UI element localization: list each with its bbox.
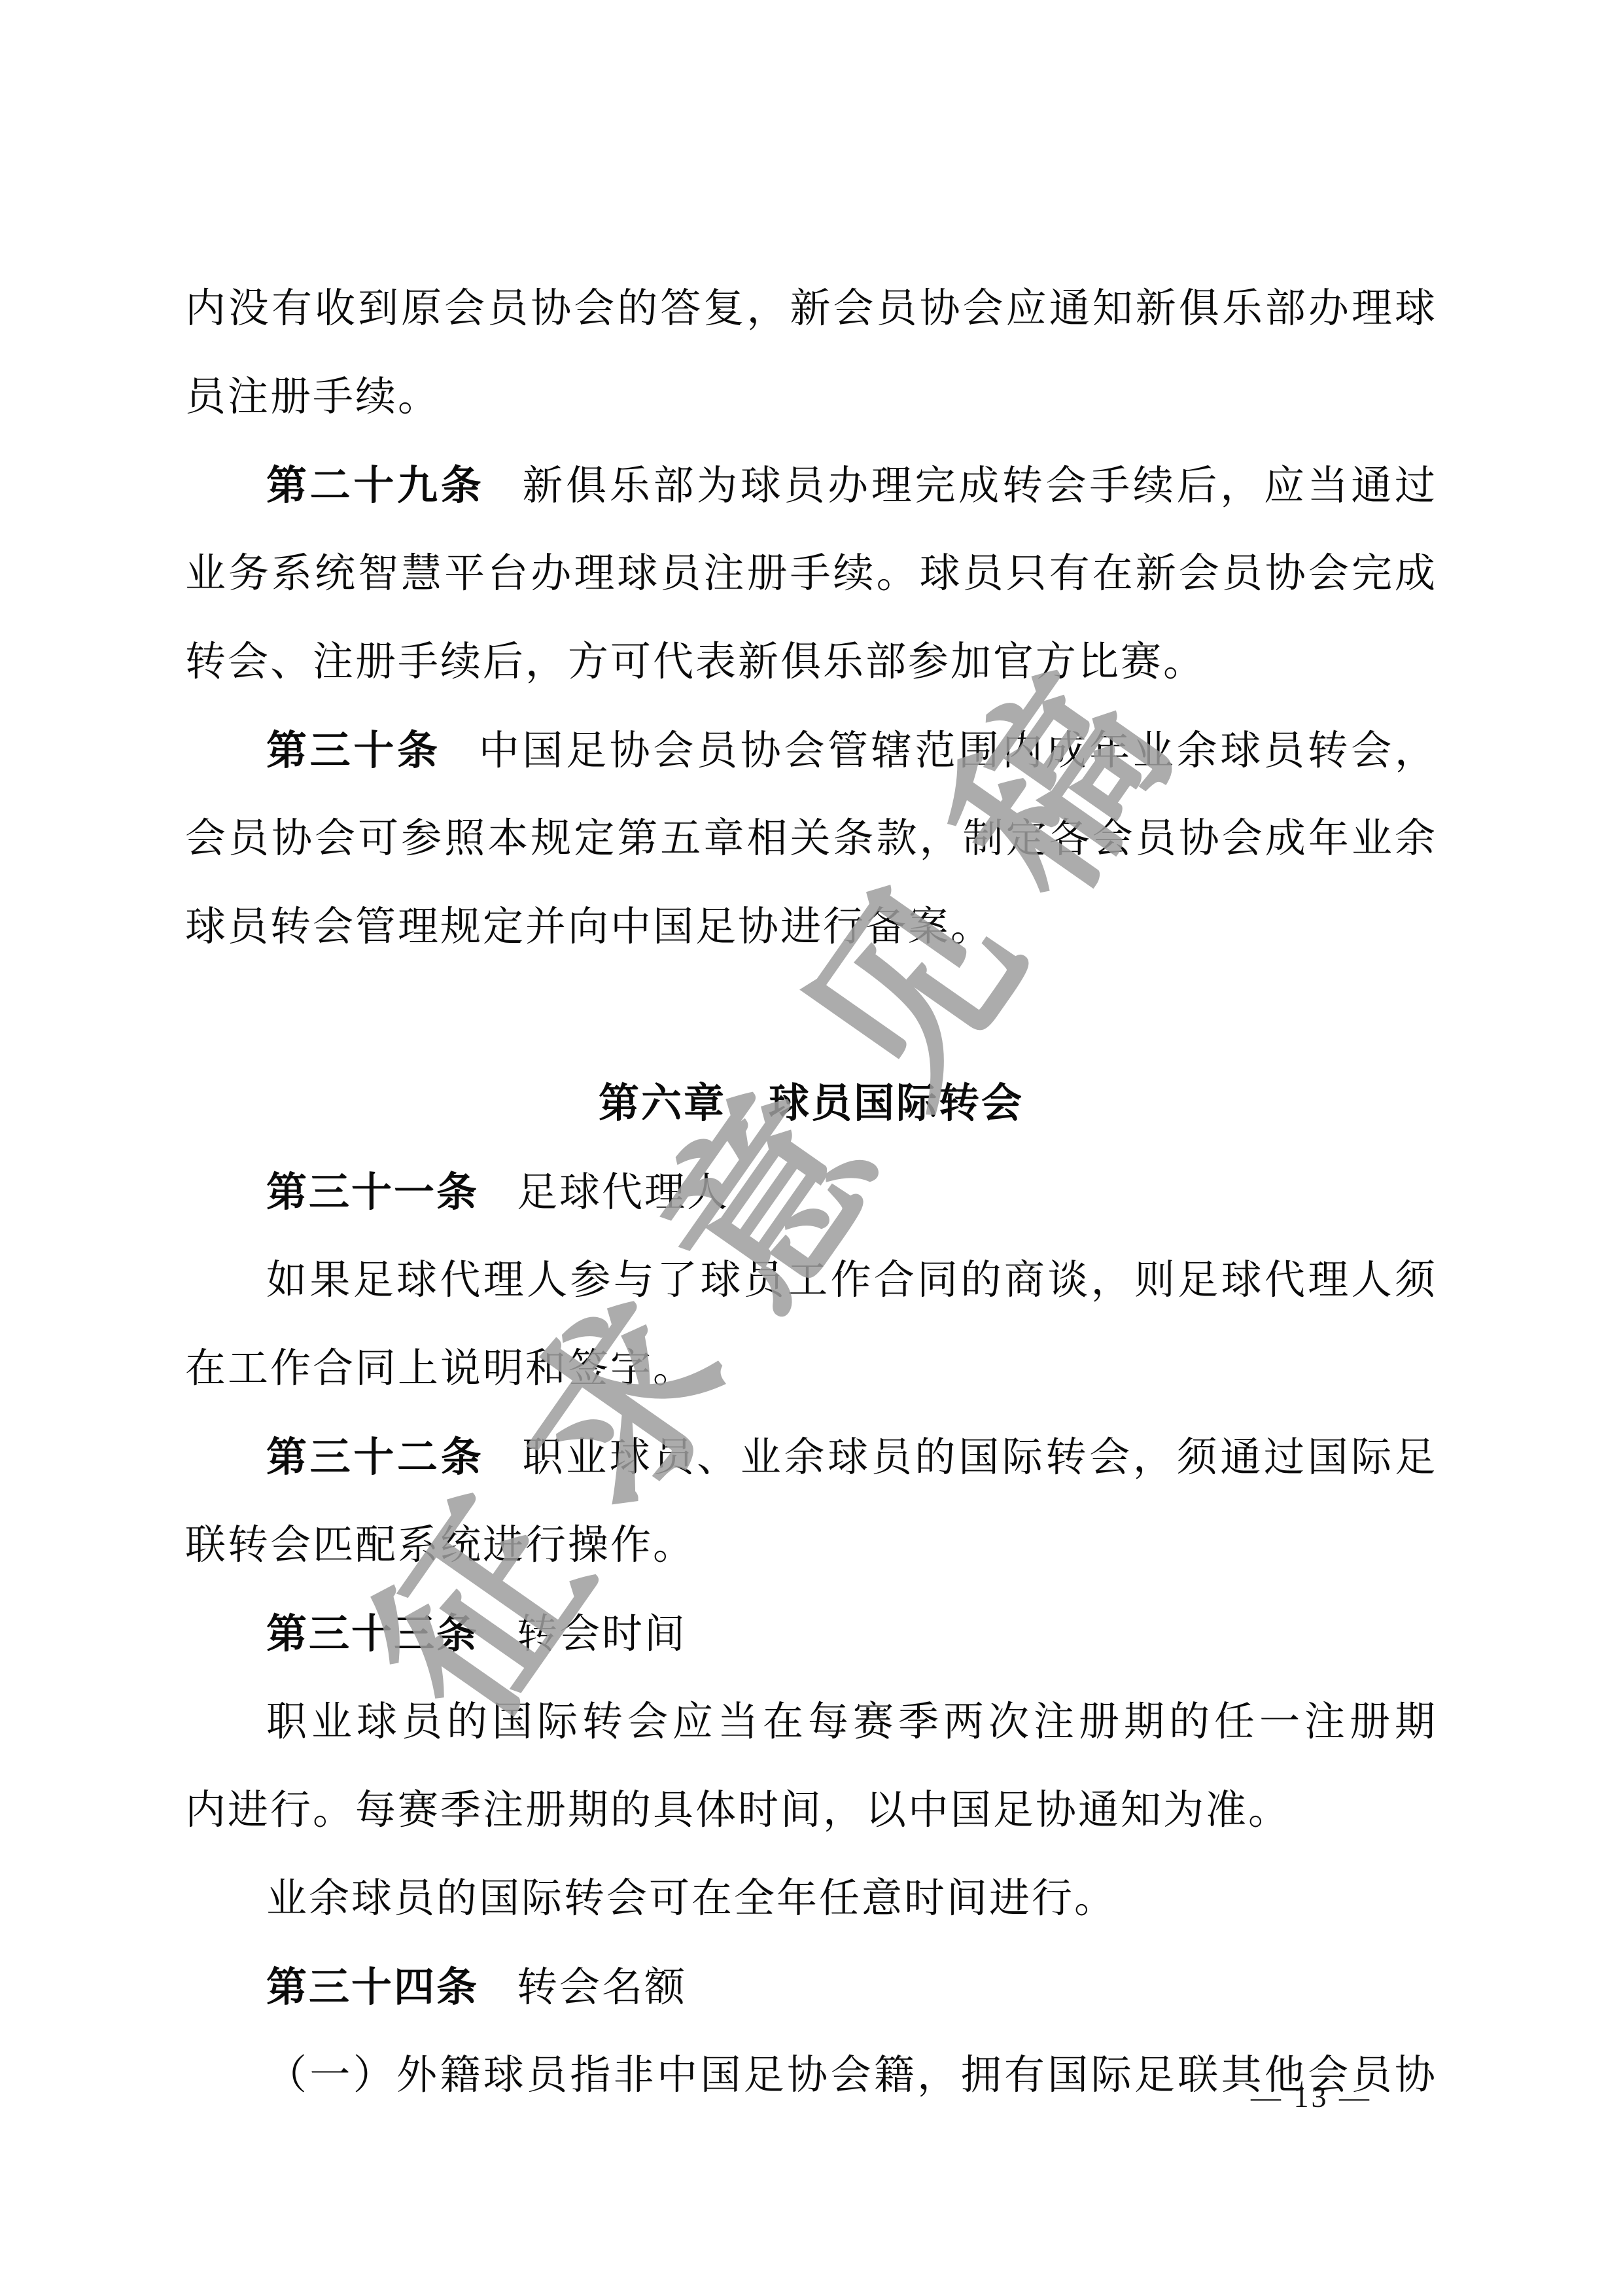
body-text-line: 业务系统智慧平台办理球员注册手续。球员只有在新会员协会完成 (185, 530, 1437, 618)
article-text: 职业球员、业余球员的国际转会，须通过国际足 (522, 1436, 1437, 1480)
article-number: 第三十四条 (266, 1965, 479, 2010)
body-text-line: 在工作合同上说明和签字。 (185, 1325, 1437, 1413)
body-text-line: 联转会匹配系统进行操作。 (185, 1502, 1437, 1590)
body-text-line: 业余球员的国际转会可在全年任意时间进行。 (185, 1855, 1437, 1943)
article-text: 足球代理人 (517, 1171, 729, 1215)
article-number: 第三十二条 (266, 1435, 484, 1480)
body-text-line: 如果足球代理人参与了球员工作合同的商谈，则足球代理人须 (185, 1237, 1437, 1325)
article-34-line: 第三十四条转会名额 (185, 1943, 1437, 2032)
chapter-heading: 第六章 球员国际转会 (185, 1060, 1437, 1148)
body-text-line: 转会、注册手续后，方可代表新俱乐部参加官方比赛。 (185, 618, 1437, 707)
blank-line (185, 972, 1437, 1060)
body-text-line: 球员转会管理规定并向中国足协进行备案。 (185, 883, 1437, 972)
body-text-line: 员注册手续。 (185, 353, 1437, 442)
article-number: 第三十条 (266, 728, 441, 773)
body-text-line: （一）外籍球员指非中国足协会籍，拥有国际足联其他会员协 (185, 2032, 1437, 2120)
article-29-line: 第二十九条新俱乐部为球员办理完成转会手续后，应当通过 (185, 442, 1437, 530)
page-number: — 13 — (1251, 2079, 1372, 2114)
body-text-line: 内进行。每赛季注册期的具体时间，以中国足协通知为准。 (185, 1767, 1437, 1855)
body-text-line: 会员协会可参照本规定第五章相关条款，制定各会员协会成年业余 (185, 795, 1437, 883)
article-32-line: 第三十二条职业球员、业余球员的国际转会，须通过国际足 (185, 1413, 1437, 1502)
article-text: 中国足协会员协会管辖范围内成年业余球员转会， (479, 729, 1437, 773)
article-number: 第三十三条 (266, 1612, 479, 1657)
body-text-line: 内没有收到原会员协会的答复，新会员协会应通知新俱乐部办理球 (185, 265, 1437, 353)
article-text: 转会时间 (517, 1612, 687, 1657)
article-number: 第二十九条 (266, 463, 484, 508)
body-text-line: 职业球员的国际转会应当在每赛季两次注册期的任一注册期 (185, 1678, 1437, 1767)
article-text: 转会名额 (517, 1966, 687, 2010)
article-text: 新俱乐部为球员办理完成转会手续后，应当通过 (522, 464, 1437, 508)
article-31-line: 第三十一条足球代理人 (185, 1148, 1437, 1237)
document-page: 内没有收到原会员协会的答复，新会员协会应通知新俱乐部办理球 员注册手续。 第二十… (0, 0, 1623, 2296)
article-30-line: 第三十条中国足协会员协会管辖范围内成年业余球员转会， (185, 707, 1437, 795)
document-body: 内没有收到原会员协会的答复，新会员协会应通知新俱乐部办理球 员注册手续。 第二十… (185, 265, 1437, 2120)
article-number: 第三十一条 (266, 1170, 479, 1215)
article-33-line: 第三十三条转会时间 (185, 1590, 1437, 1678)
